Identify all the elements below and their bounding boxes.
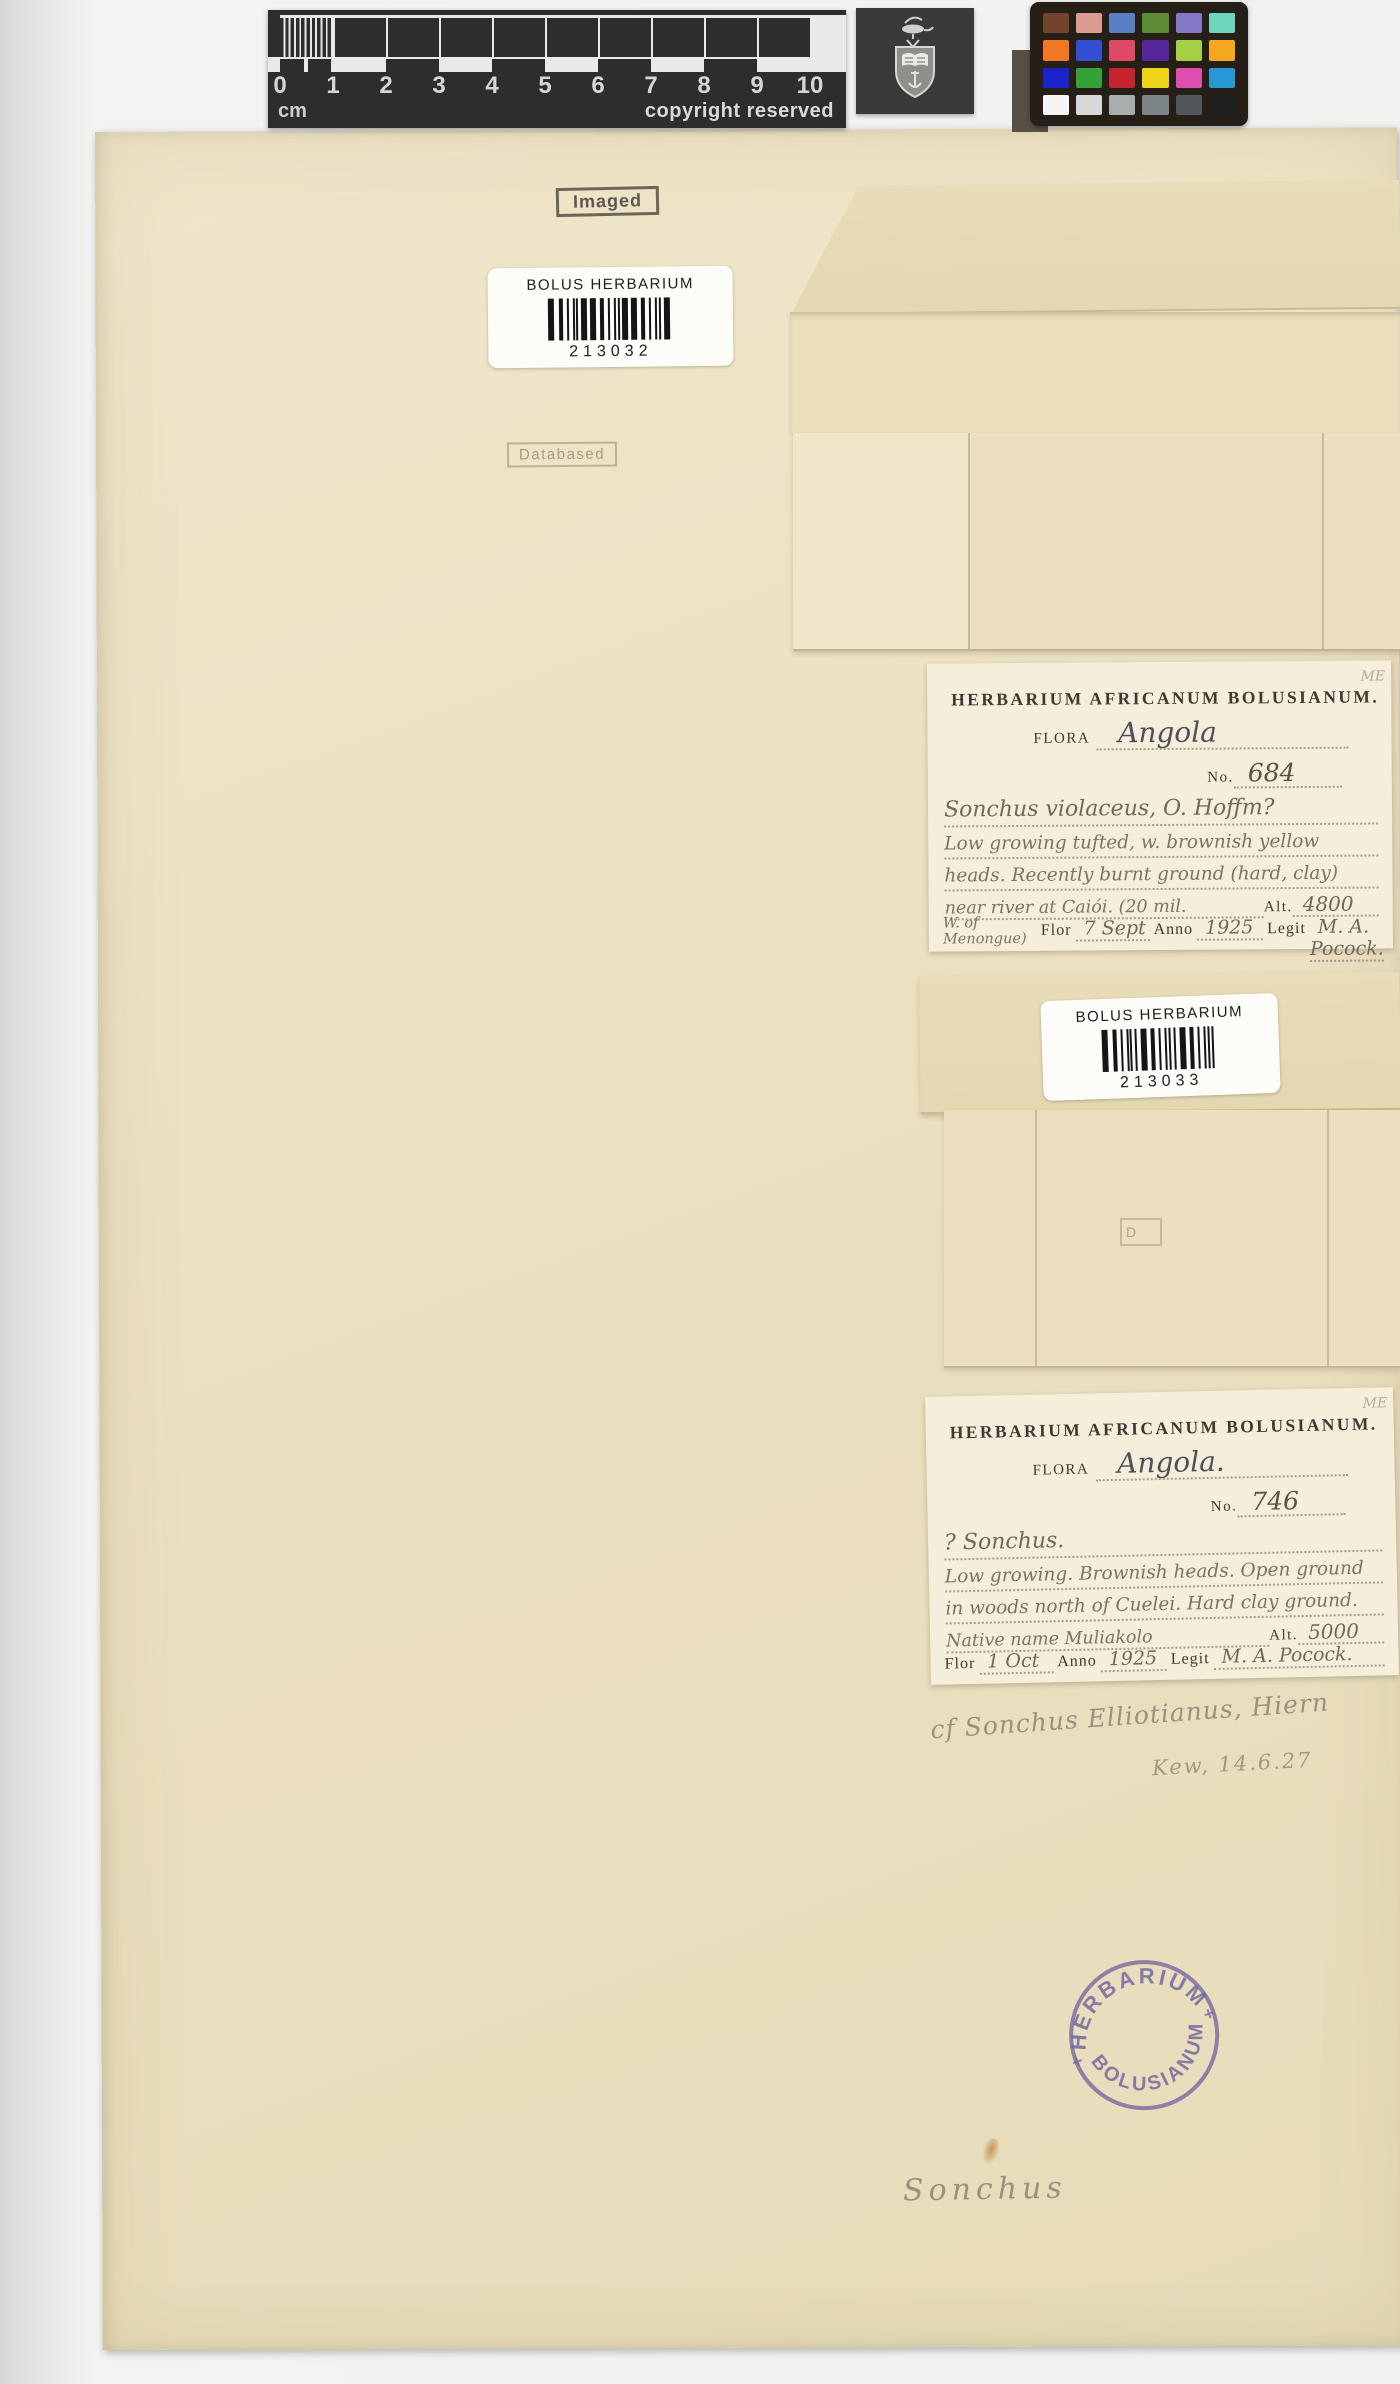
ruler-cm-block	[545, 18, 598, 60]
anno-field-label: Anno	[1153, 921, 1193, 939]
color-swatch	[1176, 95, 1202, 115]
barcode-bar	[600, 298, 604, 340]
number-field-label: No.	[1207, 769, 1234, 786]
flor-value: 7 Sept	[1075, 917, 1149, 942]
barcode-bar	[614, 298, 616, 340]
color-swatch	[1209, 13, 1235, 33]
ruler-number: 6	[591, 72, 604, 100]
color-swatch	[1043, 13, 1069, 33]
barcode-bar	[1179, 1027, 1186, 1069]
barcode-bars	[1041, 1024, 1279, 1074]
copyright-text: copyright reserved	[645, 100, 834, 123]
barcode-bars	[488, 297, 733, 342]
barcode-bar	[590, 298, 596, 340]
barcode-number: 213032	[488, 342, 733, 363]
ruler-cm-block	[386, 18, 439, 60]
ruler-number: 3	[432, 72, 445, 100]
pencil-corner-mark: ME	[1360, 668, 1385, 684]
barcode-bar	[566, 298, 568, 340]
barcode-bar	[622, 298, 628, 340]
barcode-bar	[649, 298, 651, 340]
genus-annotation: Sonchus	[903, 2171, 1067, 2209]
ruler-cm-block	[651, 18, 704, 60]
barcode-bar	[608, 298, 610, 340]
color-card-grid	[1030, 2, 1248, 126]
barcode-bar	[1102, 1030, 1109, 1072]
flora-field-label: FLORA	[1033, 730, 1090, 747]
flor-value: 1 Oct	[979, 1649, 1053, 1675]
description-line: Low growing tufted, w. brownish yellow	[944, 830, 1378, 859]
barcode-bar	[1134, 1029, 1137, 1071]
collector-name: M. A. Pocock.	[1310, 915, 1384, 962]
color-swatch	[1043, 95, 1069, 115]
fold-crease	[1327, 1110, 1329, 1366]
specimen-scan: D 012345678910 cm copyright reserved Ima…	[0, 0, 1400, 2384]
color-swatch	[1109, 13, 1135, 33]
scale-ruler: 012345678910 cm copyright reserved	[268, 10, 846, 128]
color-swatch	[1176, 13, 1202, 33]
barcode-institution: BOLUS HERBARIUM	[488, 275, 733, 295]
barcode-bar	[664, 297, 670, 339]
seed-packet-1-mid	[790, 312, 1400, 433]
collector-name: M. A. Pocock.	[1213, 1642, 1384, 1670]
description-line: Low growing. Brownish heads. Open ground	[945, 1557, 1383, 1592]
uct-crest-box	[856, 8, 974, 114]
anno-value: 1925	[1101, 1647, 1167, 1672]
ruler-cm-block	[280, 18, 333, 60]
color-swatch	[1043, 68, 1069, 88]
barcode-institution: BOLUS HERBARIUM	[1041, 1002, 1278, 1027]
collection-number: 746	[1237, 1486, 1346, 1517]
ruler-unit-label: cm	[278, 100, 307, 123]
seed-packet-1-body	[793, 433, 1400, 651]
barcode-bar	[1159, 1028, 1162, 1070]
pencil-corner-mark: ME	[1363, 1395, 1388, 1412]
anno-field-label: Anno	[1057, 1652, 1097, 1671]
stamp-left-mark: +	[1069, 2050, 1086, 2072]
color-swatch	[1076, 40, 1102, 60]
ruler-blocks	[280, 15, 846, 60]
ruler-cm-block	[439, 18, 492, 60]
color-swatch	[1176, 40, 1202, 60]
color-swatch	[1209, 40, 1235, 60]
fold-crease	[1322, 433, 1324, 649]
altitude-value: 4800	[1293, 892, 1379, 917]
label-title: HERBARIUM AFRICANUM BOLUSIANUM.	[950, 1413, 1378, 1443]
color-swatch	[1209, 68, 1235, 88]
barcode-bar	[617, 298, 619, 340]
barcode-label-2: BOLUS HERBARIUM 213033	[1040, 993, 1280, 1101]
barcode-bar	[1212, 1026, 1215, 1068]
taxon-line: Sonchus violaceus, O. Hoffm?	[944, 794, 1378, 827]
legit-field-label: Legit	[1267, 920, 1306, 938]
ruler-number: 10	[797, 72, 824, 100]
ruler-cm-block	[757, 18, 810, 60]
flora-value: Angola.	[1095, 1444, 1348, 1481]
ruler-number: 8	[697, 72, 710, 100]
ruler-number: 9	[750, 72, 763, 100]
anno-value: 1925	[1197, 916, 1263, 940]
barcode-bar	[1173, 1027, 1176, 1069]
flor-field-label: Flor	[1041, 922, 1072, 940]
barcode-bar	[659, 297, 661, 339]
imaged-stamp: Imaged	[556, 186, 660, 217]
description-line: heads. Recently burnt ground (hard, clay…	[944, 862, 1378, 891]
taxon-line: ? Sonchus.	[944, 1521, 1383, 1560]
color-swatch	[1109, 95, 1135, 115]
legit-field-label: Legit	[1171, 1650, 1210, 1669]
barcode-bar	[581, 298, 587, 340]
databased-stamp: Databased	[507, 442, 617, 468]
partial-databased-stamp: D	[1120, 1218, 1162, 1246]
color-swatch	[1142, 40, 1168, 60]
barcode-bar	[573, 298, 575, 340]
color-swatch	[1076, 13, 1102, 33]
barcode-bar	[1207, 1026, 1210, 1068]
label-title: HERBARIUM AFRICANUM BOLUSIANUM.	[951, 686, 1379, 710]
barcode-bar	[558, 299, 562, 341]
ruler-number: 7	[644, 72, 657, 100]
color-swatch	[1142, 13, 1168, 33]
flora-field-label: FLORA	[1032, 1462, 1089, 1480]
barcode-bar	[1130, 1029, 1133, 1071]
ruler-number: 1	[326, 72, 339, 100]
ruler-cm-block	[492, 18, 545, 60]
flor-field-label: Flor	[944, 1655, 975, 1674]
seed-packet-2-body: D	[944, 1110, 1400, 1368]
color-swatch	[1209, 95, 1235, 115]
ruler-cm-block	[333, 18, 386, 60]
ruler-cm-block	[598, 18, 651, 60]
number-field-label: No.	[1211, 1498, 1238, 1516]
ruler-number: 4	[485, 72, 498, 100]
ruler-number: 2	[379, 72, 392, 100]
color-swatch	[1076, 68, 1102, 88]
flora-value: Angola	[1096, 717, 1348, 751]
ruler-numbers: 012345678910	[268, 70, 846, 100]
seed-packet-1-flap	[789, 180, 1400, 315]
barcode-bar	[1141, 1028, 1148, 1070]
barcode-bar	[1120, 1029, 1123, 1071]
color-swatch	[1076, 95, 1102, 115]
color-swatch	[1176, 68, 1202, 88]
color-swatch	[1142, 68, 1168, 88]
color-swatch	[1109, 68, 1135, 88]
barcode-bar	[1168, 1028, 1171, 1070]
barcode-bar	[1112, 1030, 1117, 1072]
color-swatch	[1142, 95, 1168, 115]
barcode-bar	[548, 299, 554, 341]
barcode-bar	[576, 298, 578, 340]
fold-crease	[1035, 1110, 1037, 1366]
barcode-bar	[1151, 1028, 1156, 1070]
color-swatch	[1109, 40, 1135, 60]
barcode-bar	[1197, 1027, 1200, 1069]
uct-shield-icon	[882, 13, 948, 109]
ruler-cm-block	[704, 18, 757, 60]
collection-label-746: ME HERBARIUM AFRICANUM BOLUSIANUM. FLORA…	[925, 1387, 1399, 1685]
color-swatch	[1043, 40, 1069, 60]
barcode-bar	[641, 298, 645, 340]
ruler-number: 5	[538, 72, 551, 100]
barcode-bar	[655, 298, 657, 340]
collection-number: 684	[1234, 759, 1342, 789]
alt-field-label: Alt.	[1269, 1627, 1298, 1645]
altitude-value: 5000	[1298, 1619, 1384, 1645]
barcode-bar	[1189, 1027, 1194, 1069]
collection-label-684: ME HERBARIUM AFRICANUM BOLUSIANUM. FLORA…	[927, 660, 1393, 951]
ruler-number: 0	[273, 72, 286, 100]
seed-packet-1-panel	[793, 433, 968, 649]
alt-field-label: Alt.	[1264, 899, 1293, 916]
barcode-label-1: BOLUS HERBARIUM 213032	[487, 266, 733, 369]
fold-crease	[968, 433, 970, 649]
barcode-bar	[631, 298, 637, 340]
